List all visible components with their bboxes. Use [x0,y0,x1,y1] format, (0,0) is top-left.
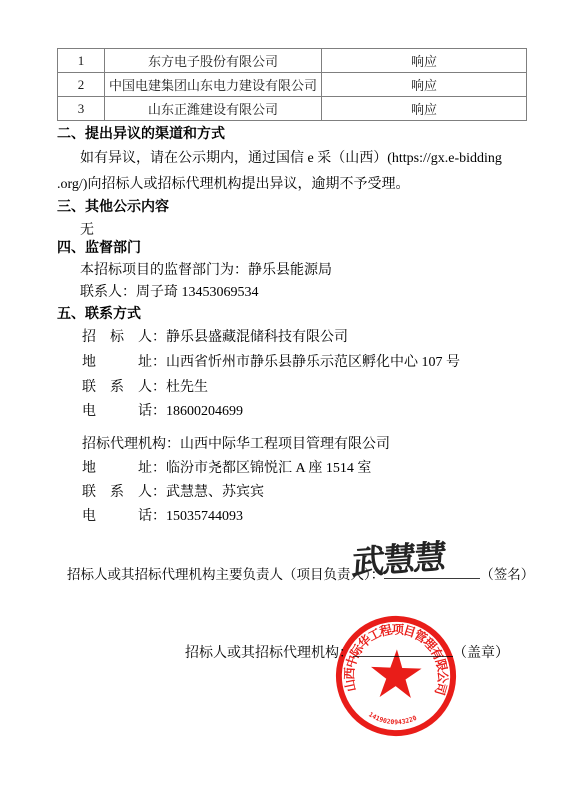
signature-row: 招标人或其招标代理机构主要负责人（项目负责人）：（签名） [67,565,534,585]
seal-star-icon [370,649,422,699]
tenderer-phone-label: 电 话： [82,402,166,422]
tenderer-person-row: 联 系 人：杜先生 [82,378,208,398]
agency-phone-value: 15035744093 [166,509,243,524]
tenderer-name-value: 静乐县盛藏混储科技有限公司 [166,330,348,345]
table-cell-company: 山东正潍建设有限公司 [105,97,322,121]
tenderer-name-label: 招 标 人： [82,328,166,348]
stamp-label: 招标人或其招标代理机构： [185,646,353,661]
tenderer-name-row: 招 标 人：静乐县盛藏混储科技有限公司 [82,328,348,348]
section-objection-line1: 如有异议，请在公示期内，通过国信 e 采（山西）(https://gx.e-bi… [80,149,502,169]
agency-address-label: 地 址： [82,459,166,479]
section-contact-heading: 五、联系方式 [57,305,141,325]
handwritten-signature: 武慧慧 [350,531,446,585]
table-cell-response: 响应 [322,97,527,121]
tenderer-phone-value: 18600204699 [166,404,243,419]
agency-address-row: 地 址：临汾市尧都区锦悦汇 A 座 1514 室 [82,459,371,479]
table-cell-no: 2 [58,73,105,97]
document-page: 1 东方电子股份有限公司 响应 2 中国电建集团山东电力建设有限公司 响应 3 … [0,0,562,812]
agency-person-row: 联 系 人：武慧慧、苏宾宾 [82,483,264,503]
table-row: 1 东方电子股份有限公司 响应 [58,49,527,73]
table-cell-response: 响应 [322,73,527,97]
agency-name-label: 招标代理机构： [82,435,180,455]
table-cell-no: 1 [58,49,105,73]
agency-phone-label: 电 话： [82,507,166,527]
tenderer-address-row: 地 址：山西省忻州市静乐县静乐示范区孵化中心 107 号 [82,353,460,373]
section-other-heading: 三、其他公示内容 [57,198,169,218]
table-row: 3 山东正潍建设有限公司 响应 [58,97,527,121]
table-cell-no: 3 [58,97,105,121]
agency-person-value: 武慧慧、苏宾宾 [166,485,264,500]
agency-phone-row: 电 话：15035744093 [82,507,243,527]
table-cell-response: 响应 [322,49,527,73]
section-supervision-line2: 联系人：周子琦 13453069534 [80,283,259,303]
table-row: 2 中国电建集团山东电力建设有限公司 响应 [58,73,527,97]
agency-name-value: 山西中际华工程项目管理有限公司 [180,437,390,452]
signature-suffix: （签名） [480,567,534,582]
section-other-body: 无 [80,221,94,241]
table-cell-company: 中国电建集团山东电力建设有限公司 [105,73,322,97]
company-seal-stamp: 山西中际华工程项目管理有限公司 1419020943220 [330,610,462,742]
agency-name-row: 招标代理机构：山西中际华工程项目管理有限公司 [82,435,390,455]
agency-person-label: 联 系 人： [82,483,166,503]
section-supervision-heading: 四、监督部门 [57,239,141,259]
section-objection-heading: 二、提出异议的渠道和方式 [57,125,225,145]
seal-serial-number: 1419020943220 [367,710,418,727]
stamp-suffix: （盖章） [453,646,509,661]
agency-address-value: 临汾市尧都区锦悦汇 A 座 1514 室 [166,461,371,476]
tenderer-address-label: 地 址： [82,353,166,373]
section-objection-line2: .org/)向招标人或招标代理机构提出异议，逾期不予受理。 [57,175,409,195]
tenderer-person-value: 杜先生 [166,380,208,395]
section-supervision-line1: 本招标项目的监督部门为：静乐县能源局 [80,261,332,281]
tenderer-address-value: 山西省忻州市静乐县静乐示范区孵化中心 107 号 [166,355,460,370]
signature-label: 招标人或其招标代理机构主要负责人（项目负责人）： [67,567,384,582]
tenderer-person-label: 联 系 人： [82,378,166,398]
respondents-table: 1 东方电子股份有限公司 响应 2 中国电建集团山东电力建设有限公司 响应 3 … [57,48,527,121]
table-cell-company: 东方电子股份有限公司 [105,49,322,73]
tenderer-phone-row: 电 话：18600204699 [82,402,243,422]
